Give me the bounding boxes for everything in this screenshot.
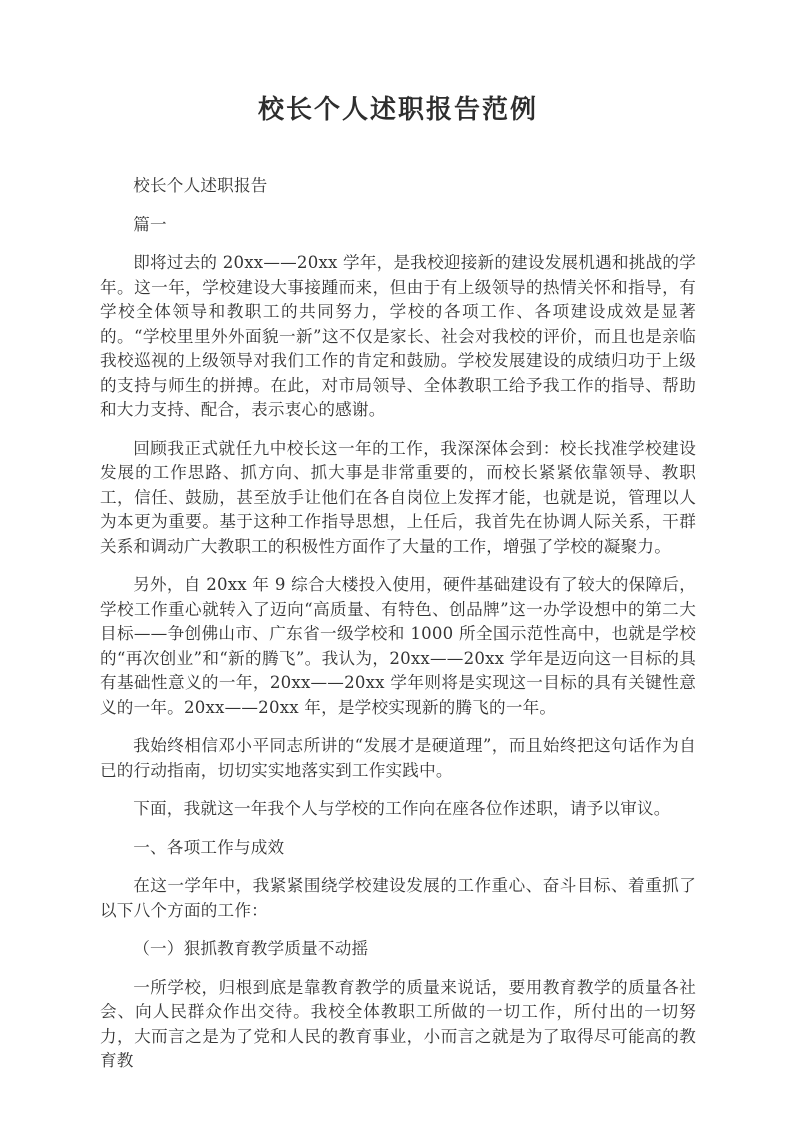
body-paragraph: 另外，自 20xx 年 9 综合大楼投入使用，硬件基础建设有了较大的保障后，学校… — [100, 573, 696, 720]
subsection-heading-one: （一）狠抓教育教学质量不动摇 — [100, 937, 696, 962]
document-page: 校长个人述职报告范例 校长个人述职报告 篇一 即将过去的 20xx——20xx … — [0, 0, 793, 1122]
body-paragraph: 在这一学年中，我紧紧围绕学校建设发展的工作重心、奋斗目标、着重抓了以下八个方面的… — [100, 874, 696, 923]
body-paragraph: 下面，我就这一年我个人与学校的工作向在座各位作述职，请予以审议。 — [100, 797, 696, 822]
body-paragraph: 即将过去的 20xx——20xx 学年，是我校迎接新的建设发展机遇和挑战的学年。… — [100, 251, 696, 423]
document-subtitle: 校长个人述职报告 — [100, 174, 696, 199]
part-one-label: 篇一 — [100, 213, 696, 238]
body-paragraph: 一所学校，归根到底是靠教育教学的质量来说话，要用教育教学的质量各社会、向人民群众… — [100, 976, 696, 1074]
body-paragraph: 回顾我正式就任九中校长这一年的工作，我深深体会到：校长找准学校建设发展的工作思路… — [100, 437, 696, 560]
section-heading-one: 一、各项工作与成效 — [100, 836, 696, 861]
document-title: 校长个人述职报告范例 — [100, 92, 696, 128]
body-paragraph: 我始终相信邓小平同志所讲的“发展才是硬道理”，而且始终把这句话作为自已的行动指南… — [100, 734, 696, 783]
